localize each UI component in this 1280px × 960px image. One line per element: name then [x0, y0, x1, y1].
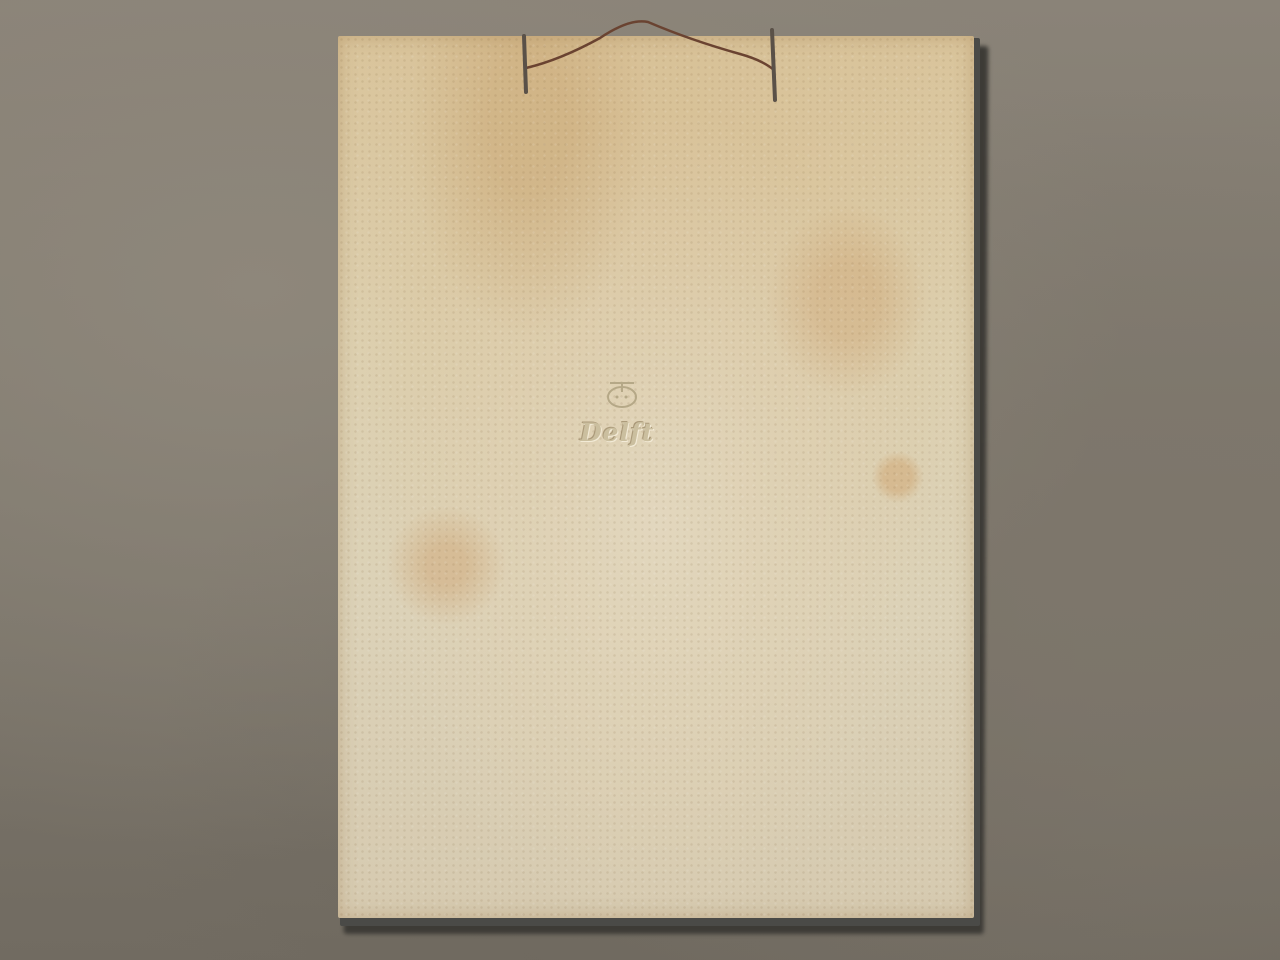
- photo-scene: Delft: [0, 0, 1280, 960]
- maker-mark: Delft: [574, 378, 684, 458]
- pottery-emblem-icon: [604, 380, 640, 410]
- delft-mark-text: Delft: [580, 418, 654, 447]
- tile-back: [338, 36, 974, 918]
